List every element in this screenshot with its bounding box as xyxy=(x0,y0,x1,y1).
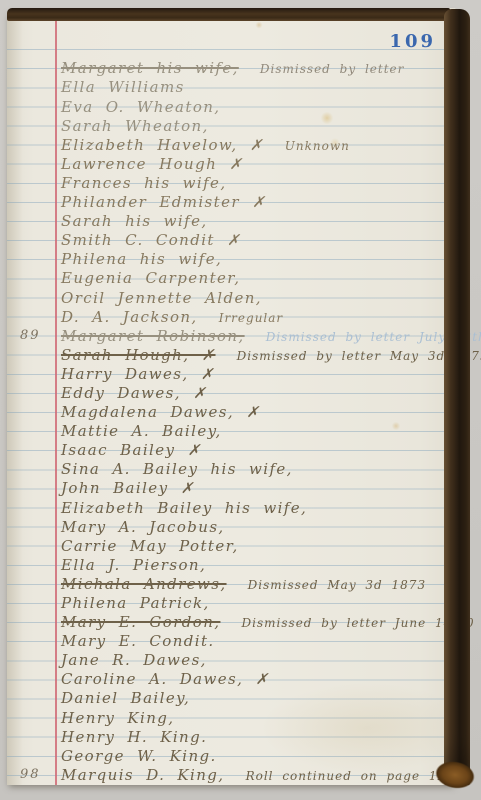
roll-entry: Daniel Bailey, xyxy=(61,688,452,707)
entry-name: Mary E. Condit. xyxy=(61,632,215,650)
entry-name: Sarah Wheaton, xyxy=(61,117,209,135)
page-number: 109 xyxy=(389,31,436,52)
entry-name: Ella J. Pierson, xyxy=(61,556,206,574)
entry-name: Eugenia Carpenter, xyxy=(61,269,240,287)
roll-entry: Elizabeth Havelow, ✗ Unknown xyxy=(61,135,452,154)
entry-name: Caroline A. Dawes, ✗ xyxy=(61,670,269,688)
entry-name: Carrie May Potter, xyxy=(61,537,239,555)
roll-entry: Carrie May Potter, xyxy=(61,536,452,555)
entry-name: Isaac Bailey ✗ xyxy=(61,441,202,459)
leather-binding-top-edge xyxy=(7,8,450,21)
roll-entry: Margaret his wife, Dismissed by letter xyxy=(61,58,452,77)
ledger-page: 109 Margaret his wife, Dismissed by lett… xyxy=(7,8,456,785)
roll-entry: Philena Patrick, xyxy=(61,593,452,612)
photo-background: 109 Margaret his wife, Dismissed by lett… xyxy=(0,0,481,800)
entry-name: Henry H. King. xyxy=(61,728,207,746)
entry-name: Ella Williams xyxy=(61,78,185,96)
roll-entry: Eddy Dawes, ✗ xyxy=(61,383,452,402)
entry-note: Irregular xyxy=(219,311,283,325)
roll-entry: Mary E. Gordon, Dismissed by letter June… xyxy=(61,612,452,631)
entry-name: Eddy Dawes, ✗ xyxy=(61,384,207,402)
entry-name: Elizabeth Bailey his wife, xyxy=(61,499,307,517)
entry-name: Philander Edmister ✗ xyxy=(61,193,266,211)
entry-name: D. A. Jackson, xyxy=(61,308,198,326)
entry-note: Dismissed by letter xyxy=(260,62,404,76)
entry-name: Sina A. Bailey his wife, xyxy=(61,460,293,478)
roll-entry: Philena his wife, xyxy=(61,249,452,268)
roll-entry: Henry King, xyxy=(61,708,452,727)
roll-entry: Henry H. King. xyxy=(61,727,452,746)
entry-name: Marquis D. King, xyxy=(61,766,224,784)
leather-binding-right-edge xyxy=(444,9,470,785)
roll-entry: Orcil Jennette Alden, xyxy=(61,288,452,307)
roll-entry: John Bailey ✗ xyxy=(61,478,452,497)
entry-name: Mary A. Jacobus, xyxy=(61,518,225,536)
entry-name: Margaret Robinson, xyxy=(61,327,245,345)
roll-entry: Philander Edmister ✗ xyxy=(61,192,452,211)
roll-entry: Sarah his wife, xyxy=(61,211,452,230)
roll-entry: Sarah Hough, ✗ Dismissed by letter May 3… xyxy=(61,345,452,364)
roll-entry: 89 Margaret Robinson, Dismissed by lette… xyxy=(61,326,452,345)
roll-entry: Mary E. Condit. xyxy=(61,631,452,650)
roll-entry: Magdalena Dawes, ✗ xyxy=(61,402,452,421)
roll-entry: Isaac Bailey ✗ xyxy=(61,440,452,459)
entry-note: Dismissed May 3d 1873 xyxy=(248,578,426,592)
entry-name: Smith C. Condit ✗ xyxy=(61,231,241,249)
entry-name: Orcil Jennette Alden, xyxy=(61,289,262,307)
entry-name: Frances his wife, xyxy=(61,174,226,192)
roll-entry: Harry Dawes, ✗ xyxy=(61,364,452,383)
red-margin-line xyxy=(55,20,57,785)
roll-entry: Smith C. Condit ✗ xyxy=(61,230,452,249)
entry-name: Eva O. Wheaton, xyxy=(61,98,220,116)
entry-name: Philena Patrick, xyxy=(61,594,210,612)
entry-name: Harry Dawes, ✗ xyxy=(61,365,215,383)
entry-name: Henry King, xyxy=(61,709,174,727)
entry-name: Michala Andrews, xyxy=(61,575,227,593)
roll-entry: Elizabeth Bailey his wife, xyxy=(61,498,452,517)
entry-name: George W. King. xyxy=(61,747,217,765)
entry-name: Lawrence Hough ✗ xyxy=(61,155,243,173)
roll-entry: George W. King. xyxy=(61,746,452,765)
margin-annotation: 98 xyxy=(20,765,41,784)
roll-entry: Lawrence Hough ✗ xyxy=(61,154,452,173)
roll-entry: Jane R. Dawes, xyxy=(61,650,452,669)
roll-entry: Sarah Wheaton, xyxy=(61,116,452,135)
roll-entry: 98 Marquis D. King, Roll continued on pa… xyxy=(61,765,452,784)
entry-note: Dismissed by letter June 14/80 xyxy=(242,616,475,630)
entry-note: Unknown xyxy=(285,139,350,153)
roll-list: Margaret his wife, Dismissed by letter E… xyxy=(61,58,452,784)
roll-entry: Mary A. Jacobus, xyxy=(61,517,452,536)
entry-name: Jane R. Dawes, xyxy=(61,651,207,669)
roll-entry: Mattie A. Bailey, xyxy=(61,421,452,440)
roll-entry: Michala Andrews, Dismissed May 3d 1873 xyxy=(61,574,452,593)
roll-entry: Ella Williams xyxy=(61,77,452,96)
entry-name: Mary E. Gordon, xyxy=(61,613,220,631)
roll-entry: Ella J. Pierson, xyxy=(61,555,452,574)
entry-name: John Bailey ✗ xyxy=(61,479,195,497)
entry-name: Sarah Hough, ✗ xyxy=(61,346,216,364)
leather-corner-bottom-right xyxy=(431,756,481,797)
roll-entry: Sina A. Bailey his wife, xyxy=(61,459,452,478)
roll-entry: Frances his wife, xyxy=(61,173,452,192)
roll-entry: Eugenia Carpenter, xyxy=(61,268,452,287)
roll-entry: Eva O. Wheaton, xyxy=(61,97,452,116)
entry-name: Mattie A. Bailey, xyxy=(61,422,222,440)
entry-name: Margaret his wife, xyxy=(61,59,239,77)
entry-name: Elizabeth Havelow, ✗ xyxy=(61,136,264,154)
entry-name: Sarah his wife, xyxy=(61,212,208,230)
entry-name: Magdalena Dawes, ✗ xyxy=(61,403,260,421)
entry-name: Philena his wife, xyxy=(61,250,222,268)
entry-note: Roll continued on page 125 xyxy=(246,769,455,783)
roll-entry: Caroline A. Dawes, ✗ xyxy=(61,669,452,688)
roll-entry: D. A. Jackson, Irregular xyxy=(61,307,452,326)
margin-annotation: 89 xyxy=(20,326,41,345)
entry-name: Daniel Bailey, xyxy=(61,689,190,707)
